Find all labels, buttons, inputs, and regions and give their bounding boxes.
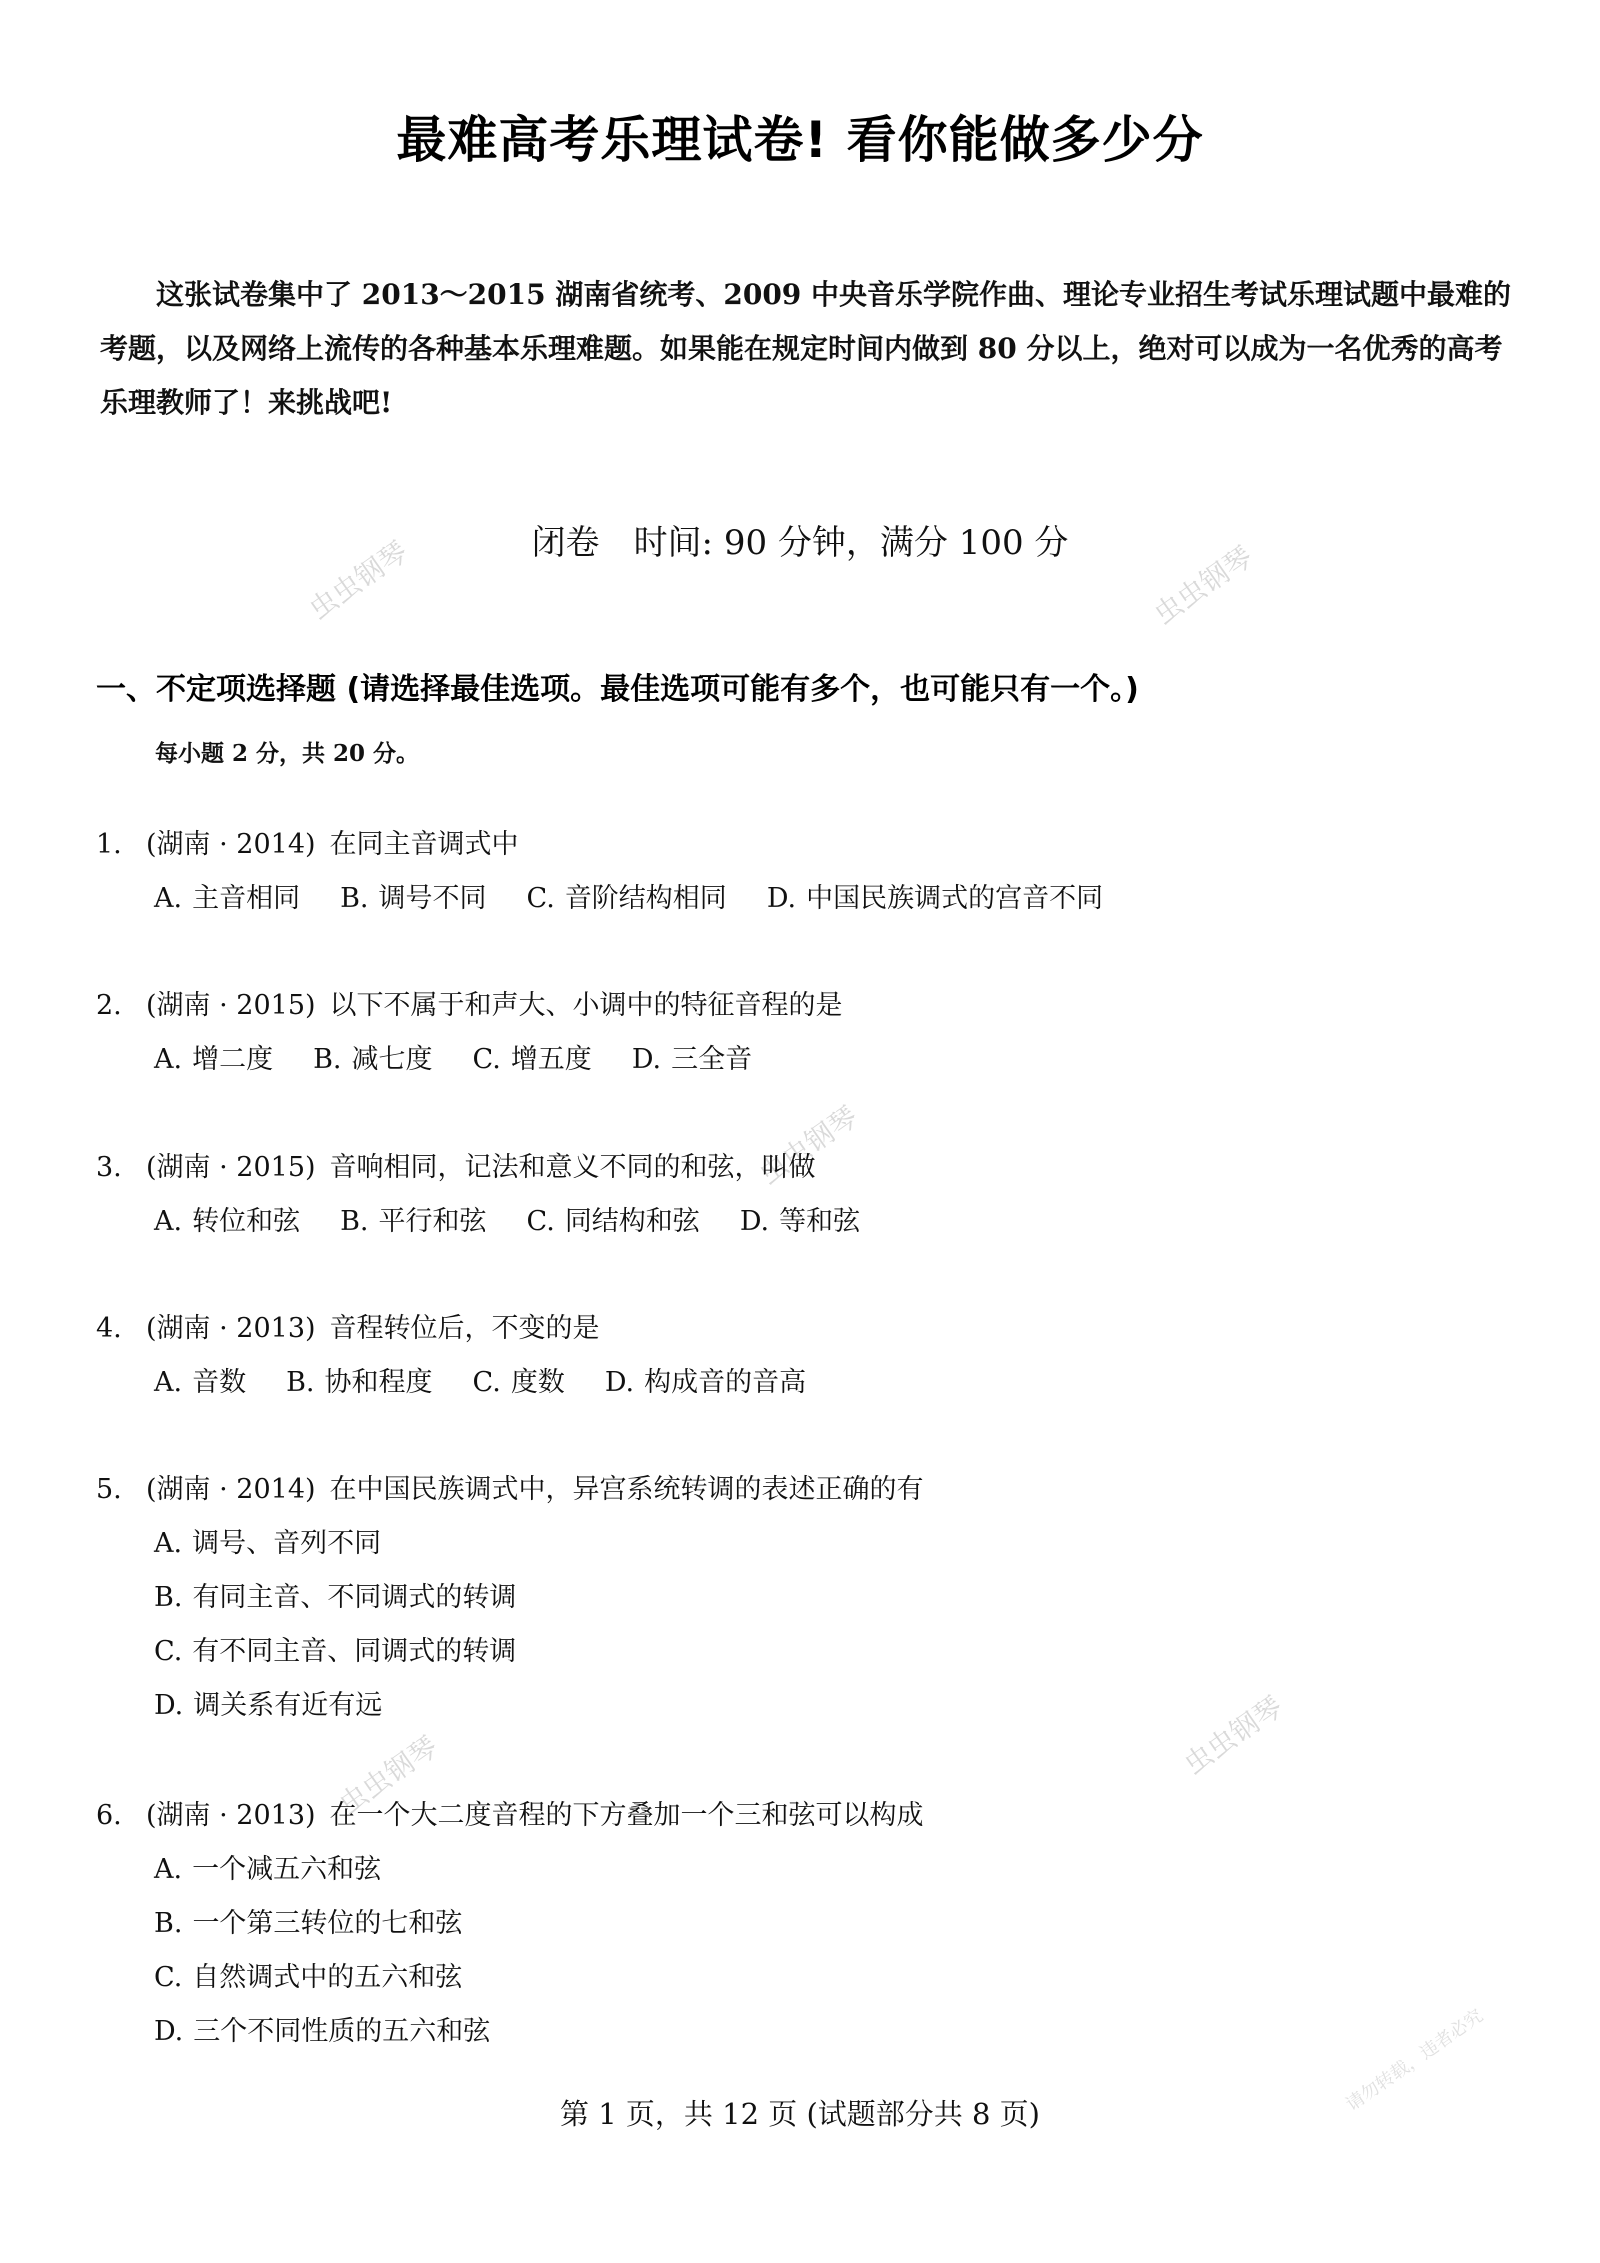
option-a: A.一个减五六和弦 bbox=[154, 1847, 924, 1901]
question-number: 5. bbox=[96, 1474, 146, 1505]
question-source: (湖南 · 2013) bbox=[146, 1793, 316, 1832]
question-text: 在中国民族调式中，异宫系统转调的表述正确的有 bbox=[330, 1467, 924, 1506]
option-d: D.三全音 bbox=[632, 1037, 752, 1077]
exam-mode: 闭卷 bbox=[532, 523, 600, 563]
question-4: 4. (湖南 · 2013) 音程转位后，不变的是 A.音数 B.协和程度 C.… bbox=[96, 1306, 846, 1400]
exam-time: 时间: 90 分钟，满分 100 分 bbox=[634, 523, 1069, 563]
option-c: C.自然调式中的五六和弦 bbox=[154, 1955, 924, 2009]
option-b: B.减七度 bbox=[313, 1037, 432, 1077]
question-5: 5. (湖南 · 2014) 在中国民族调式中，异宫系统转调的表述正确的有 A.… bbox=[96, 1467, 924, 1737]
question-3: 3. (湖南 · 2015) 音响相同，记法和意义不同的和弦，叫做 A.转位和弦… bbox=[96, 1145, 900, 1239]
option-a: A.增二度 bbox=[154, 1037, 273, 1077]
question-text: 以下不属于和声大、小调中的特征音程的是 bbox=[330, 983, 843, 1022]
question-source: (湖南 · 2013) bbox=[146, 1306, 316, 1345]
exam-info: 闭卷时间: 90 分钟，满分 100 分 bbox=[0, 515, 1600, 564]
option-d: D.中国民族调式的宫音不同 bbox=[767, 876, 1103, 916]
option-b: B.有同主音、不同调式的转调 bbox=[154, 1575, 924, 1629]
question-1: 1. (湖南 · 2014) 在同主音调式中 A.主音相同 B.调号不同 C.音… bbox=[96, 822, 1143, 916]
option-a: A.主音相同 bbox=[154, 876, 300, 916]
intro-paragraph: 这张试卷集中了 2013～2015 湖南省统考、2009 中央音乐学院作曲、理论… bbox=[100, 268, 1520, 430]
question-text: 在一个大二度音程的下方叠加一个三和弦可以构成 bbox=[330, 1793, 924, 1832]
option-b: B.调号不同 bbox=[340, 876, 486, 916]
question-number: 3. bbox=[96, 1152, 146, 1183]
option-c: C.有不同主音、同调式的转调 bbox=[154, 1629, 924, 1683]
option-a: A.调号、音列不同 bbox=[154, 1521, 924, 1575]
option-a: A.转位和弦 bbox=[154, 1199, 300, 1239]
watermark-brand: 虫虫钢琴 bbox=[1175, 1686, 1290, 1783]
option-c: C.音阶结构相同 bbox=[527, 876, 727, 916]
option-a: A.音数 bbox=[154, 1360, 246, 1400]
question-number: 2. bbox=[96, 990, 146, 1021]
question-text: 音程转位后，不变的是 bbox=[330, 1306, 600, 1345]
option-d: D.三个不同性质的五六和弦 bbox=[154, 2009, 924, 2063]
section-heading: 一、不定项选择题 (请选择最佳选项。最佳选项可能有多个，也可能只有一个。) bbox=[96, 664, 1139, 708]
option-b: B.协和程度 bbox=[286, 1360, 432, 1400]
question-source: (湖南 · 2014) bbox=[146, 1467, 316, 1506]
option-c: C.度数 bbox=[473, 1360, 565, 1400]
section-scoring: 每小题 2 分，共 20 分。 bbox=[155, 735, 419, 768]
question-source: (湖南 · 2014) bbox=[146, 822, 316, 861]
question-source: (湖南 · 2015) bbox=[146, 1145, 316, 1184]
option-d: D.构成音的音高 bbox=[605, 1360, 806, 1400]
question-text: 在同主音调式中 bbox=[330, 822, 519, 861]
option-c: C.增五度 bbox=[473, 1037, 592, 1077]
question-text: 音响相同，记法和意义不同的和弦，叫做 bbox=[330, 1145, 816, 1184]
option-d: D.调关系有近有远 bbox=[154, 1683, 924, 1737]
question-number: 1. bbox=[96, 829, 146, 860]
option-b: B.平行和弦 bbox=[340, 1199, 486, 1239]
page-footer: 第 1 页，共 12 页 (试题部分共 8 页) bbox=[0, 2092, 1600, 2133]
option-c: C.同结构和弦 bbox=[527, 1199, 700, 1239]
option-d: D.等和弦 bbox=[740, 1199, 860, 1239]
option-b: B.一个第三转位的七和弦 bbox=[154, 1901, 924, 1955]
question-number: 6. bbox=[96, 1800, 146, 1831]
document-title: 最难高考乐理试卷! 看你能做多少分 bbox=[0, 100, 1600, 172]
question-2: 2. (湖南 · 2015) 以下不属于和声大、小调中的特征音程的是 A.增二度… bbox=[96, 983, 843, 1077]
question-number: 4. bbox=[96, 1313, 146, 1344]
question-source: (湖南 · 2015) bbox=[146, 983, 316, 1022]
question-6: 6. (湖南 · 2013) 在一个大二度音程的下方叠加一个三和弦可以构成 A.… bbox=[96, 1793, 924, 2063]
